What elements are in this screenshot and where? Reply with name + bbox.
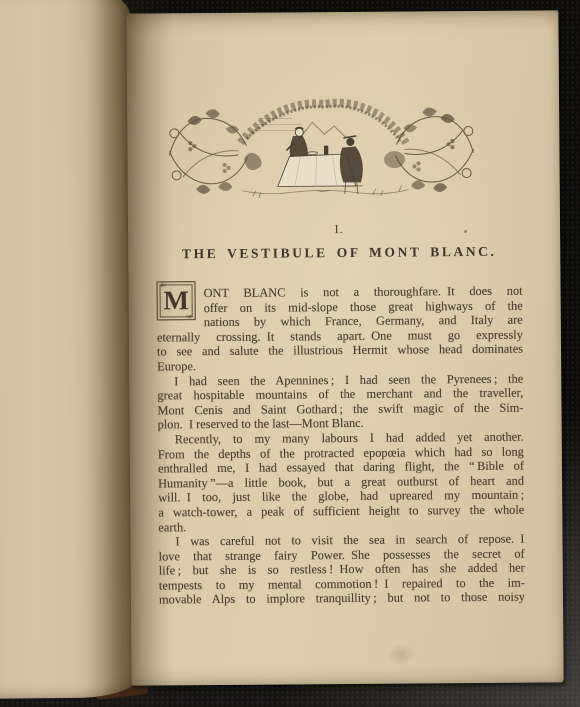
paragraph: I was careful not to visit the sea in se… — [158, 532, 525, 608]
paragraph: ONT BLANC is not a thoroughfare. It does… — [157, 284, 524, 374]
paragraph: I had seen the Apennines ; I had seen th… — [157, 371, 523, 432]
standing-figure — [290, 136, 308, 156]
vine-scroll-left — [169, 109, 248, 193]
ink-speck — [464, 230, 467, 233]
seated-figure-head — [347, 138, 354, 145]
seated-figure — [340, 147, 362, 182]
standing-figure-head — [295, 128, 303, 136]
book-page: I. THE VESTIBULE OF MONT BLANC. M ONT BL… — [126, 10, 563, 685]
paragraph: Recently, to my many labours I had added… — [158, 430, 525, 535]
vine-scroll-right — [395, 108, 474, 192]
chapter-number: I. — [156, 221, 522, 239]
vignette-scene — [240, 102, 409, 198]
body-text: ONT BLANC is not a thoroughfare. It does… — [157, 284, 526, 608]
text-line: a watch-tower, a peak of sufficient heig… — [158, 503, 524, 520]
page-stain — [387, 643, 415, 665]
text-line: movable Alps to implore tranquillity ; b… — [159, 590, 525, 607]
book-photograph: I. THE VESTIBULE OF MONT BLANC. M ONT BL… — [0, 0, 580, 707]
chapter-title: THE VESTIBULE OF MONT BLANC. — [156, 244, 522, 263]
text-line: to see and salute the illustrious Hermit… — [157, 342, 523, 359]
facing-blank-page — [0, 0, 138, 699]
chapter-vignette-engraving — [166, 97, 477, 207]
